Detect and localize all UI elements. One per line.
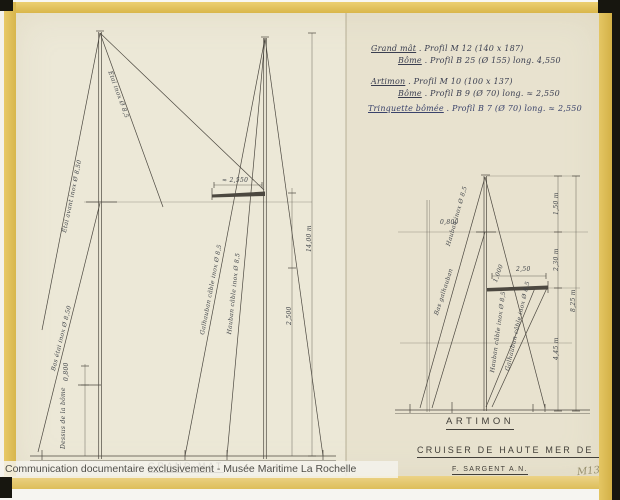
spec-trinquette-value: . Profil B 7 (Ø 70) long. ≈ 2,550 (444, 104, 582, 113)
dim-gooseneck: 0,800 (63, 362, 70, 381)
spec-artimon-bome-label: Bôme (398, 89, 422, 98)
dim-total-grand-mat: 14,00 m (306, 225, 313, 252)
spec-artimon-bome: Bôme . Profil B 9 (Ø 70) long. ≈ 2,550 (398, 89, 560, 98)
main-title: CRUISER DE HAUTE MER DE 12 M (417, 445, 620, 458)
dim-boom-artimon: 2,50 (516, 266, 531, 273)
artimon-drawing (395, 175, 590, 414)
spec-grand-mat: Grand mât . Profil M 12 (140 x 187) (371, 44, 523, 53)
watermark-text: Communication documentaire exclusivement… (5, 463, 356, 475)
spec-grand-mat-label: Grand mât (371, 44, 416, 53)
spec-artimon: Artimon . Profil M 10 (100 x 137) (371, 77, 513, 86)
spec-artimon-value: . Profil M 10 (100 x 137) (405, 77, 512, 86)
dim-boom-grand-mat: ≈ 2,550 (222, 177, 248, 184)
spec-grand-mat-value: . Profil M 12 (140 x 187) (416, 44, 523, 53)
scan-corner-bottom-left (0, 477, 12, 498)
dim-seg3-artimon: 4,45 m (553, 337, 560, 360)
artimon-caption: ARTIMON (446, 416, 514, 430)
spec-grand-mat-bome: Bôme . Profil B 25 (Ø 155) long. 4,550 (398, 56, 561, 65)
dim-seg2-artimon: 2,30 m (553, 248, 560, 271)
author-signature: F. SARGENT A.N. (452, 466, 528, 475)
grand-mat-drawing (30, 31, 336, 461)
scan-edge-right (612, 0, 620, 500)
watermark-bar: Communication documentaire exclusivement… (0, 461, 398, 478)
dim-spreader-artimon: 0,800 (440, 219, 459, 226)
scanned-rigging-plan: Grand mât . Profil M 12 (140 x 187) Bôme… (0, 0, 620, 500)
spec-artimon-bome-value: . Profil B 9 (Ø 70) long. ≈ 2,550 (422, 89, 560, 98)
spec-grand-mat-bome-value: . Profil B 25 (Ø 155) long. 4,550 (422, 56, 561, 65)
spec-artimon-label: Artimon (371, 77, 405, 86)
scan-corner-top-left (0, 0, 13, 11)
dim-seg1-artimon: 1,50 m (553, 192, 560, 215)
dim-upper-grand-mat: 2,500 (286, 306, 293, 325)
spec-trinquette: Trinquette bômée . Profil B 7 (Ø 70) lon… (368, 104, 582, 113)
note-gooseneck: Dessus de la bôme (60, 387, 67, 449)
spec-grand-mat-bome-label: Bôme (398, 56, 422, 65)
tape-strip-right (599, 0, 613, 500)
scan-margin-bottom (0, 489, 620, 500)
spec-trinquette-label: Trinquette bômée (368, 104, 444, 113)
scan-corner-top-right (598, 0, 620, 13)
dim-total-artimon: 8,25 m (570, 289, 577, 312)
